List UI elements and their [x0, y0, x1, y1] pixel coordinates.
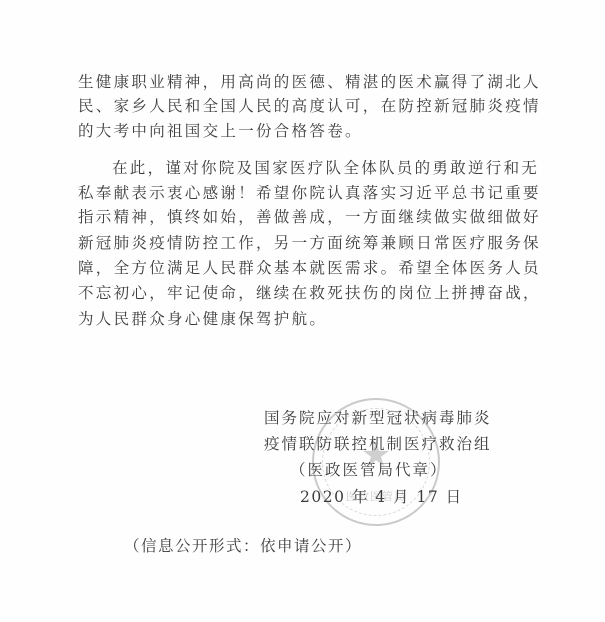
- body-line: 新冠肺炎疫情防控工作，另一方面统筹兼顾日常医疗服务保: [78, 233, 541, 253]
- body-line: 为人民群众身心健康保驾护航。: [78, 309, 327, 329]
- body-line: 指示精神，慎终如始，善做善成，一方面继续做实做细做好: [78, 207, 541, 227]
- document-page: 生健康职业精神，用高尚的医德、精湛的医术赢得了湖北人 民、家乡人民和全国人民的高…: [0, 0, 605, 622]
- body-line: 民、家乡人民和全国人民的高度认可，在防控新冠肺炎疫情: [78, 96, 541, 116]
- disclosure-note: （信息公开形式：依申请公开）: [124, 536, 362, 556]
- signature-org-line1: 国务院应对新型冠状病毒肺炎: [264, 408, 492, 428]
- body-line: 在此，谨对你院及国家医疗队全体队员的勇敢逆行和无: [112, 158, 539, 178]
- signature-org-line2: 疫情联防联控机制医疗救治组: [264, 434, 492, 454]
- body-line: 不忘初心，牢记使命，继续在救死扶伤的岗位上拼搏奋战，: [78, 283, 541, 303]
- body-line: 的大考中向祖国交上一份合格答卷。: [78, 121, 363, 141]
- body-line: 障，全方位满足人民群众基本就医需求。希望全体医务人员: [78, 258, 541, 278]
- body-line: 生健康职业精神，用高尚的医德、精湛的医术赢得了湖北人: [78, 72, 541, 92]
- signature-date: 2020 年 4 月 17 日: [300, 487, 463, 507]
- body-line: 私奉献表示衷心感谢！希望你院认真落实习近平总书记重要: [78, 183, 541, 203]
- signature-org-line3: （医政医管局代章）: [290, 460, 448, 480]
